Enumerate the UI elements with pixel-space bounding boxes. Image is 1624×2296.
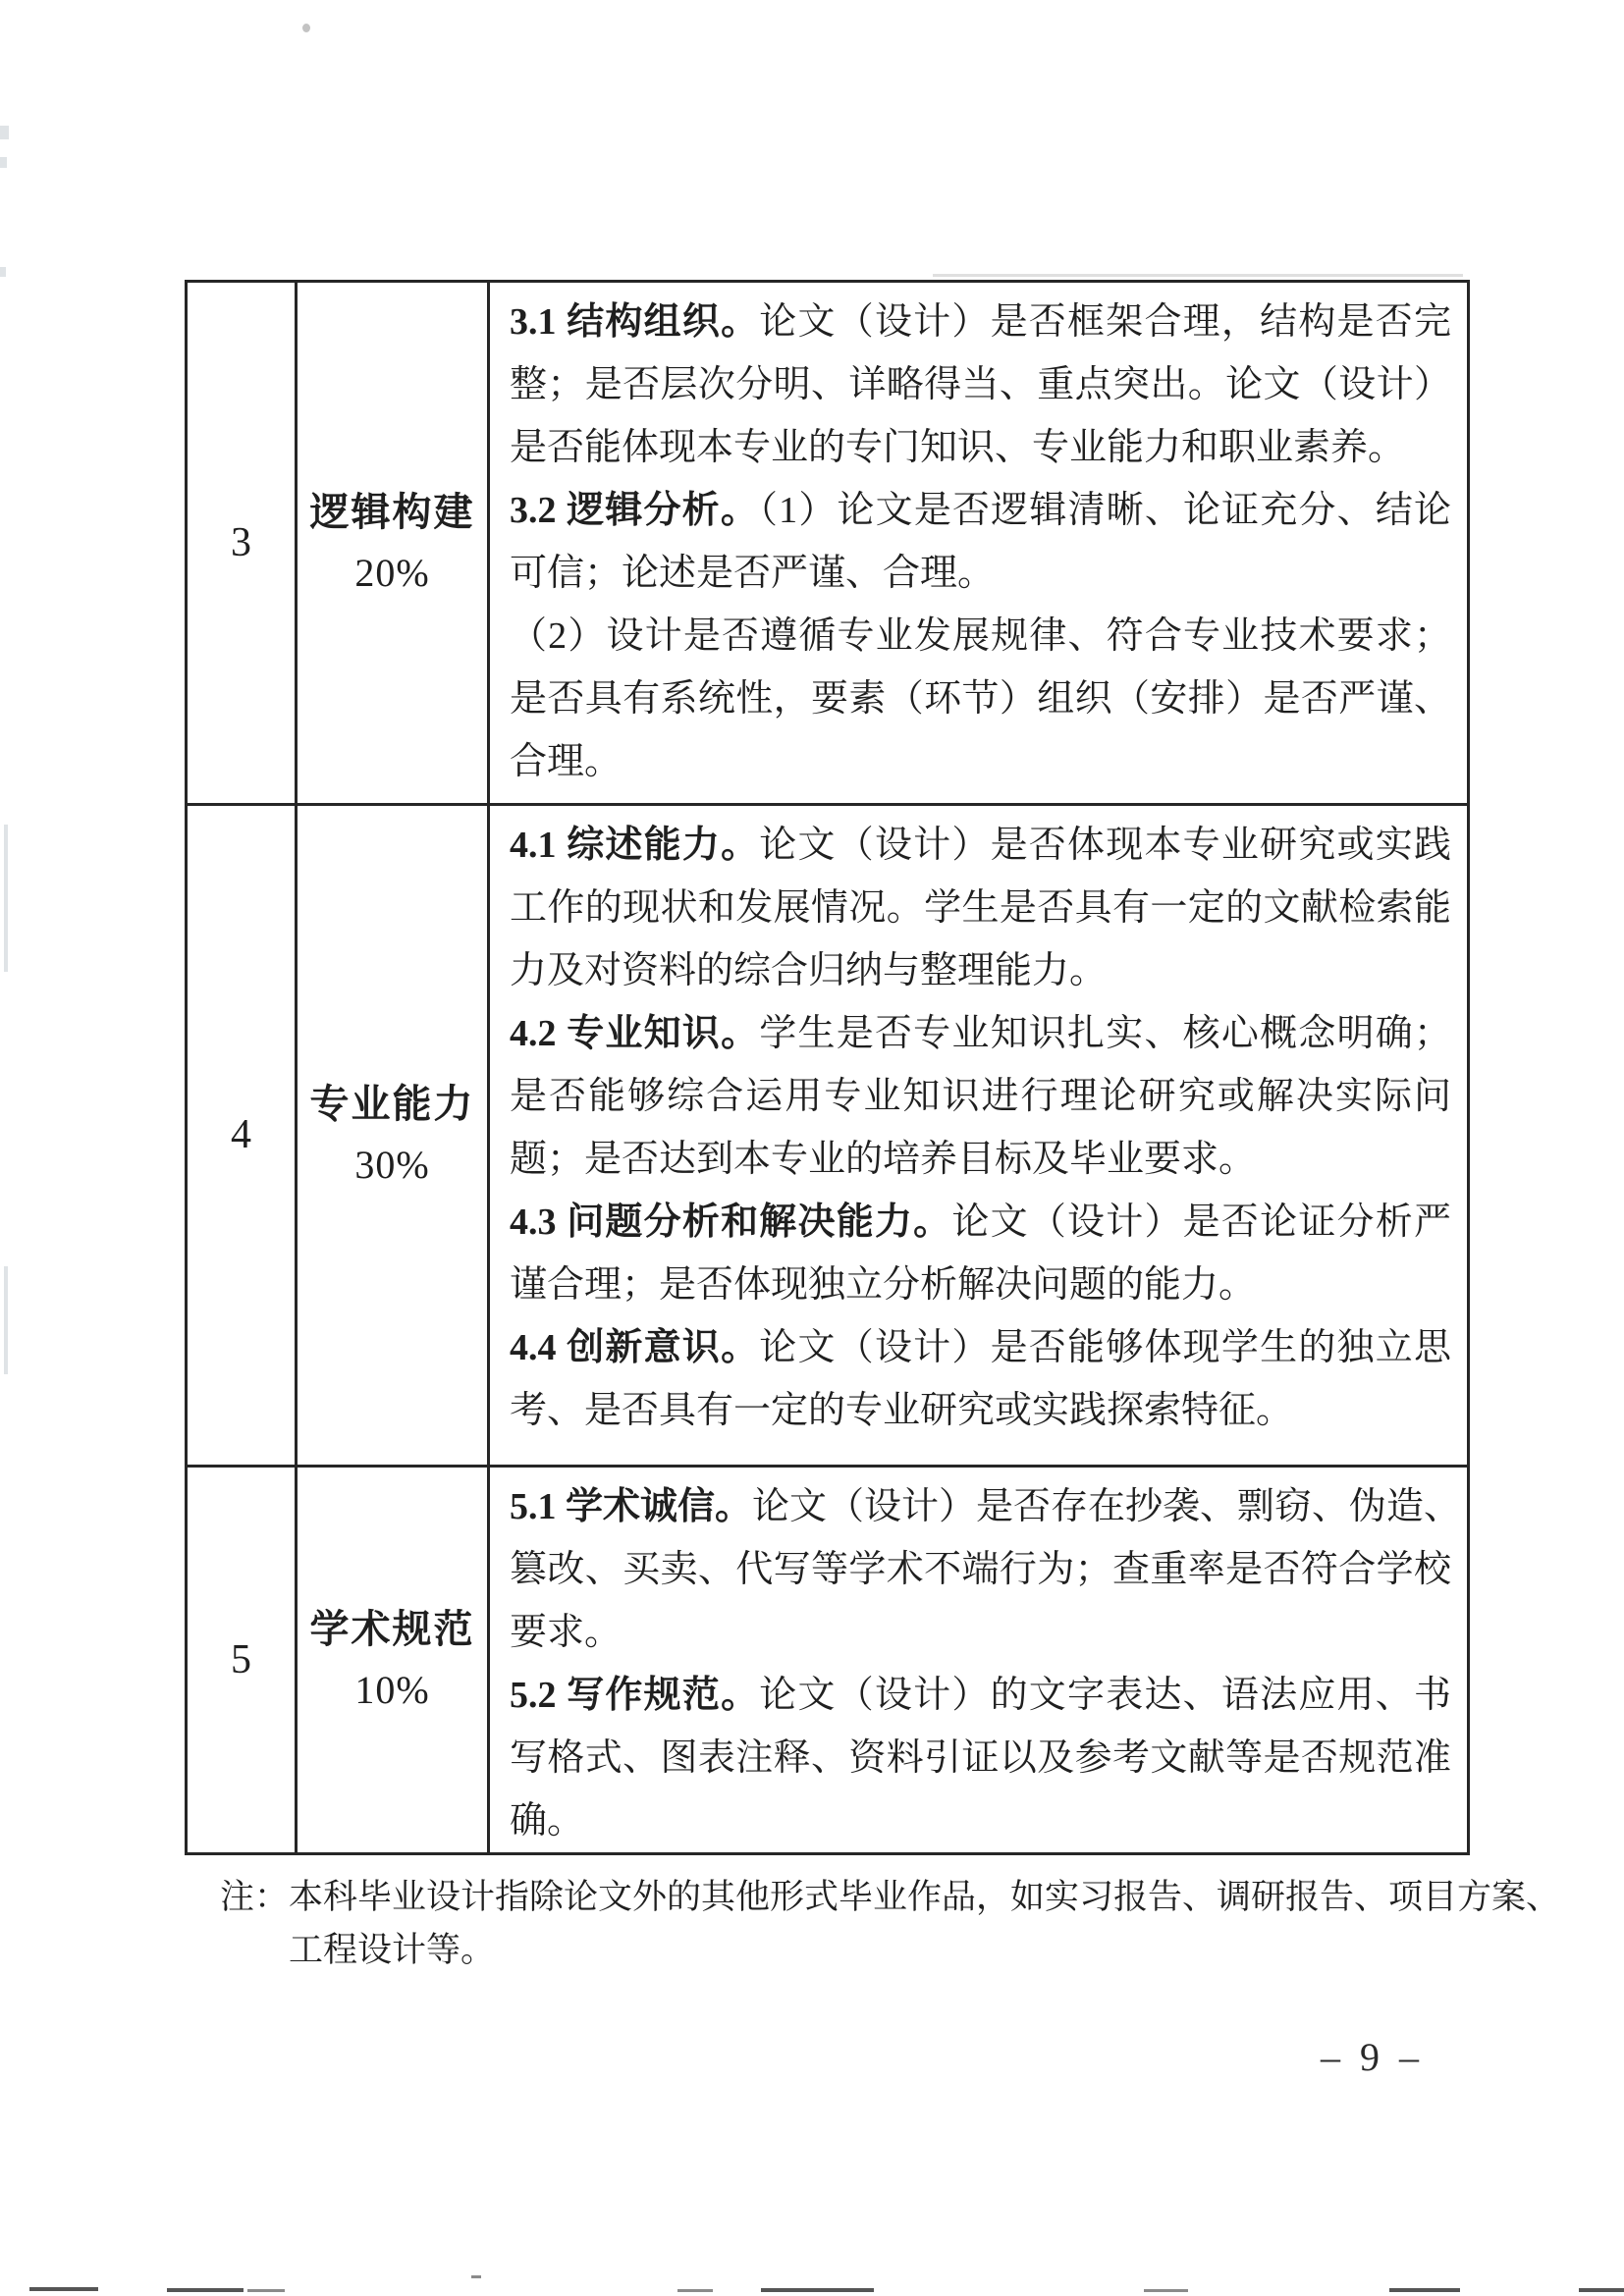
- evaluation-table: 3逻辑构建20%3.1 结构组织。论文（设计）是否框架合理，结构是否完整；是否层…: [185, 280, 1470, 1855]
- scan-artifact: [247, 2289, 285, 2292]
- criteria-item-head: 4.1 综述能力。: [510, 825, 759, 866]
- criteria-line: 确。: [510, 1789, 1451, 1852]
- scan-artifact: [677, 2289, 713, 2292]
- scan-artifact: [4, 1266, 8, 1374]
- scan-artifact: [1144, 2289, 1188, 2292]
- criteria-line: 是否具有系统性，要素（环节）组织（安排）是否严谨、: [510, 667, 1451, 730]
- scan-artifact: [761, 2288, 874, 2292]
- category-name: 逻辑构建: [310, 482, 475, 543]
- category-weight: 30%: [354, 1135, 429, 1196]
- criteria-item-head: 3.1 结构组织。: [510, 301, 759, 343]
- table-row-4: 4专业能力30%4.1 综述能力。论文（设计）是否体现本专业研究或实践工作的现状…: [188, 806, 1467, 1468]
- criteria-line: 题；是否达到本专业的培养目标及毕业要求。: [510, 1128, 1451, 1191]
- criteria-line: 4.3 问题分析和解决能力。论文（设计）是否论证分析严: [510, 1191, 1451, 1254]
- criteria-line: 5.1 学术诚信。论文（设计）是否存在抄袭、剽窃、伪造、: [510, 1475, 1451, 1538]
- category-weight: 10%: [354, 1660, 429, 1721]
- criteria-item-head: 3.2 逻辑分析。: [510, 490, 759, 531]
- scan-artifact: [0, 126, 9, 139]
- page-number: – 9 –: [1321, 2034, 1424, 2080]
- criteria-line: 力及对资料的综合归纳与整理能力。: [510, 939, 1451, 1002]
- criteria-line: 3.1 结构组织。论文（设计）是否框架合理，结构是否完: [510, 291, 1451, 353]
- scan-artifact: [1579, 2288, 1624, 2292]
- criteria-line: 谨合理；是否体现独立分析解决问题的能力。: [510, 1254, 1451, 1316]
- row-number-cell: 5: [188, 1468, 298, 1852]
- criteria-item-head: 4.3 问题分析和解决能力。: [510, 1201, 951, 1243]
- criteria-item-head: 4.2 专业知识。: [510, 1013, 759, 1054]
- category-name: 专业能力: [310, 1074, 475, 1135]
- criteria-item: 5.2 写作规范。论文（设计）的文字表达、语法应用、书写格式、图表注释、资料引证…: [510, 1664, 1451, 1852]
- criteria-item: 3.1 结构组织。论文（设计）是否框架合理，结构是否完整；是否层次分明、详略得当…: [510, 291, 1451, 479]
- footnote-label: 注：: [220, 1871, 289, 1977]
- category-cell: 逻辑构建20%: [298, 283, 490, 803]
- criteria-item: 3.2 逻辑分析。（1）论文是否逻辑清晰、论证充分、结论可信；论述是否严谨、合理…: [510, 479, 1451, 605]
- document-page: 3逻辑构建20%3.1 结构组织。论文（设计）是否框架合理，结构是否完整；是否层…: [0, 0, 1624, 2296]
- criteria-line: 3.2 逻辑分析。（1）论文是否逻辑清晰、论证充分、结论: [510, 479, 1451, 542]
- criteria-line: 5.2 写作规范。论文（设计）的文字表达、语法应用、书: [510, 1664, 1451, 1727]
- criteria-line: 是否能够综合运用专业知识进行理论研究或解决实际问: [510, 1065, 1451, 1128]
- criteria-item-head: 5.1 学术诚信。: [510, 1486, 752, 1527]
- row-number-cell: 3: [188, 283, 298, 803]
- table-row-5: 5学术规范10%5.1 学术诚信。论文（设计）是否存在抄袭、剽窃、伪造、篡改、买…: [188, 1468, 1467, 1852]
- criteria-cell: 4.1 综述能力。论文（设计）是否体现本专业研究或实践工作的现状和发展情况。学生…: [490, 806, 1467, 1465]
- category-cell: 专业能力30%: [298, 806, 490, 1465]
- criteria-line: 4.1 综述能力。论文（设计）是否体现本专业研究或实践: [510, 814, 1451, 877]
- scan-artifact: [1389, 2288, 1460, 2292]
- table-row-3: 3逻辑构建20%3.1 结构组织。论文（设计）是否框架合理，结构是否完整；是否层…: [188, 283, 1467, 806]
- criteria-item: 4.3 问题分析和解决能力。论文（设计）是否论证分析严谨合理；是否体现独立分析解…: [510, 1191, 1451, 1316]
- criteria-line: 4.4 创新意识。论文（设计）是否能够体现学生的独立思: [510, 1316, 1451, 1379]
- footnote-line: 工程设计等。: [289, 1924, 1595, 1977]
- criteria-line: 要求。: [510, 1601, 1451, 1664]
- scan-artifact: [0, 157, 7, 168]
- criteria-item-head: 5.2 写作规范。: [510, 1675, 759, 1716]
- criteria-item: 4.2 专业知识。学生是否专业知识扎实、核心概念明确；是否能够综合运用专业知识进…: [510, 1002, 1451, 1191]
- criteria-cell: 5.1 学术诚信。论文（设计）是否存在抄袭、剽窃、伪造、篡改、买卖、代写等学术不…: [490, 1468, 1467, 1852]
- scan-artifact: [0, 267, 6, 277]
- criteria-line: 合理。: [510, 730, 1451, 793]
- scan-artifact: [302, 24, 310, 32]
- scan-artifact: [29, 2287, 98, 2291]
- scan-artifact: [471, 2275, 481, 2278]
- criteria-line: 4.2 专业知识。学生是否专业知识扎实、核心概念明确；: [510, 1002, 1451, 1065]
- row-number-cell: 4: [188, 806, 298, 1465]
- criteria-line: 篡改、买卖、代写等学术不端行为；查重率是否符合学校: [510, 1538, 1451, 1601]
- category-weight: 20%: [354, 543, 429, 604]
- criteria-line: 整；是否层次分明、详略得当、重点突出。论文（设计）: [510, 353, 1451, 416]
- footnote-text: 本科毕业设计指除论文外的其他形式毕业作品，如实习报告、调研报告、项目方案、工程设…: [289, 1871, 1595, 1977]
- scan-artifact: [933, 274, 1463, 277]
- criteria-line: 可信；论述是否严谨、合理。: [510, 542, 1451, 605]
- criteria-line: 写格式、图表注释、资料引证以及参考文献等是否规范准: [510, 1727, 1451, 1789]
- criteria-item: 5.1 学术诚信。论文（设计）是否存在抄袭、剽窃、伪造、篡改、买卖、代写等学术不…: [510, 1475, 1451, 1664]
- criteria-item-head: 4.4 创新意识。: [510, 1327, 759, 1368]
- criteria-line: （2）设计是否遵循专业发展规律、符合专业技术要求；: [510, 605, 1451, 667]
- criteria-line: 考、是否具有一定的专业研究或实践探索特征。: [510, 1379, 1451, 1442]
- footnote-line: 本科毕业设计指除论文外的其他形式毕业作品，如实习报告、调研报告、项目方案、: [289, 1871, 1595, 1924]
- criteria-item: 4.4 创新意识。论文（设计）是否能够体现学生的独立思考、是否具有一定的专业研究…: [510, 1316, 1451, 1442]
- criteria-line: 是否能体现本专业的专门知识、专业能力和职业素养。: [510, 416, 1451, 479]
- scan-artifact: [167, 2288, 244, 2292]
- criteria-item: （2）设计是否遵循专业发展规律、符合专业技术要求；是否具有系统性，要素（环节）组…: [510, 605, 1451, 793]
- criteria-item: 4.1 综述能力。论文（设计）是否体现本专业研究或实践工作的现状和发展情况。学生…: [510, 814, 1451, 1002]
- criteria-line: 工作的现状和发展情况。学生是否具有一定的文献检索能: [510, 877, 1451, 939]
- footnote: 注： 本科毕业设计指除论文外的其他形式毕业作品，如实习报告、调研报告、项目方案、…: [220, 1871, 1595, 1977]
- category-name: 学术规范: [310, 1599, 475, 1660]
- scan-artifact: [4, 825, 8, 972]
- category-cell: 学术规范10%: [298, 1468, 490, 1852]
- criteria-cell: 3.1 结构组织。论文（设计）是否框架合理，结构是否完整；是否层次分明、详略得当…: [490, 283, 1467, 803]
